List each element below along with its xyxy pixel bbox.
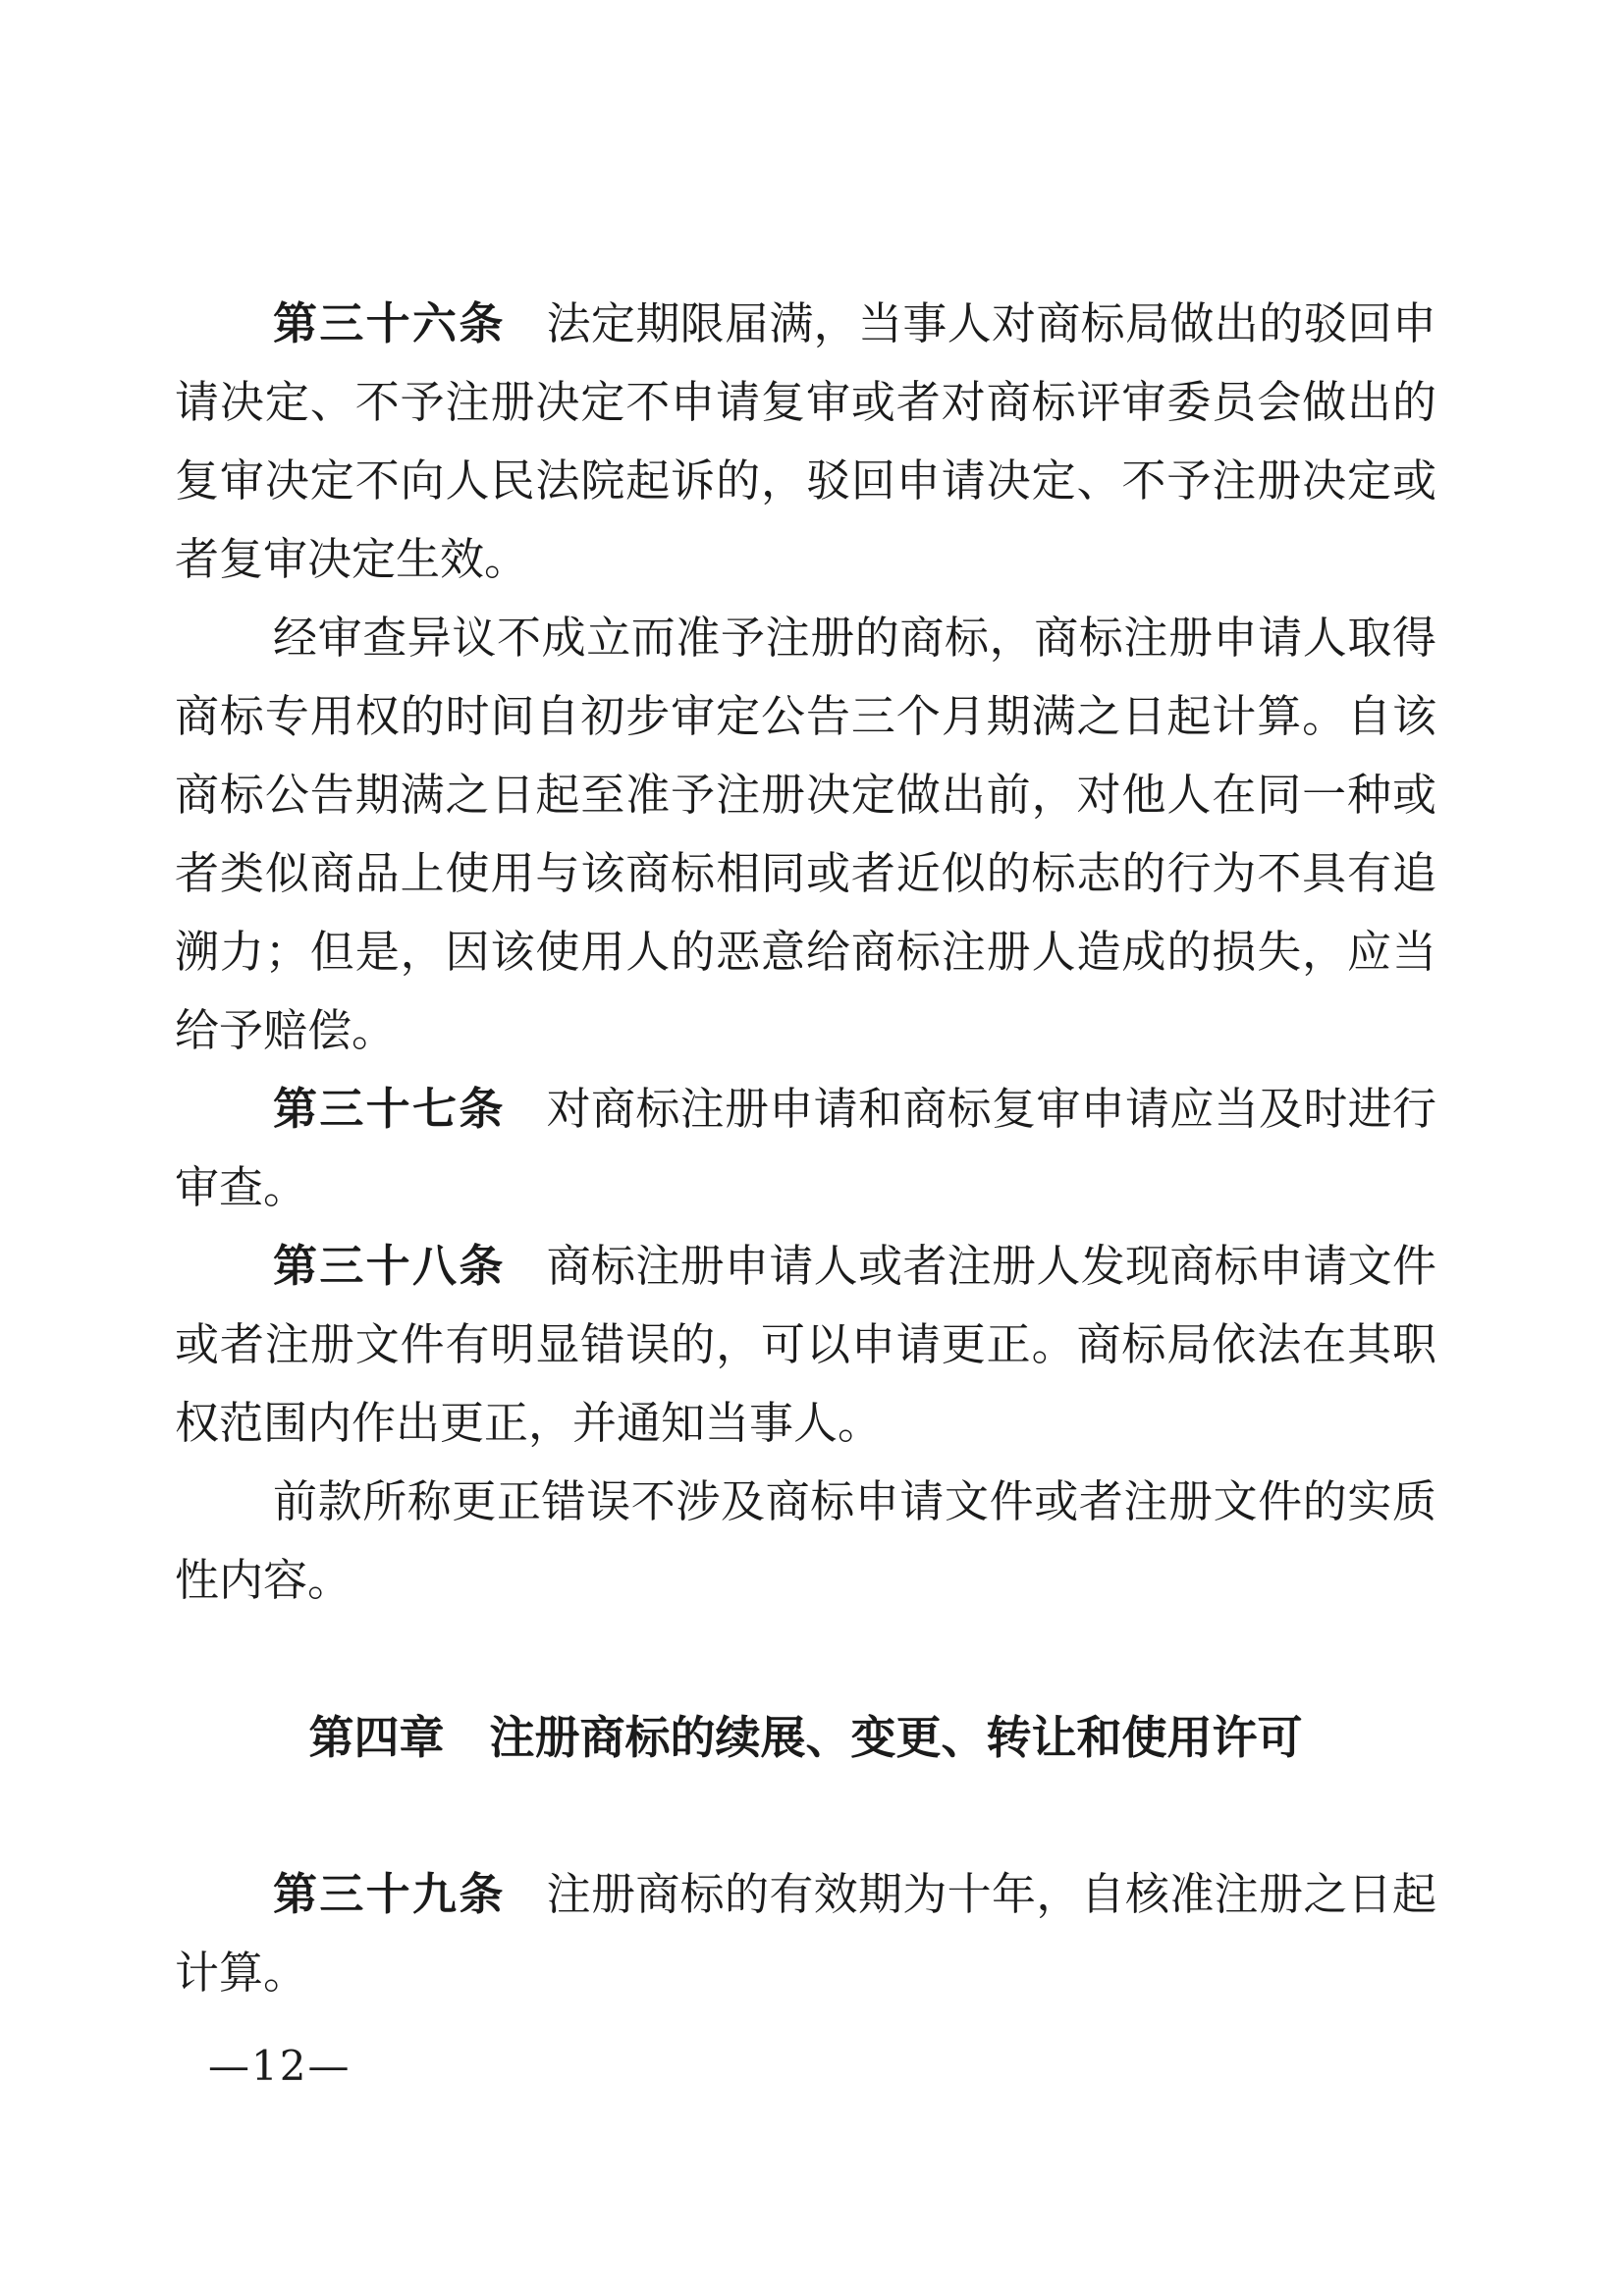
article-38: 第三十八条商标注册申请人或者注册人发现商标申请文件或者注册文件有明显错误的，可以…: [175, 1227, 1436, 1463]
article-37: 第三十七条对商标注册申请和商标复审申请应当及时进行审查。: [175, 1070, 1436, 1227]
document-page: 第三十六条法定期限届满，当事人对商标局做出的驳回申请决定、不予注册决定不申请复审…: [0, 0, 1624, 2296]
document-body: 第三十六条法定期限届满，当事人对商标局做出的驳回申请决定、不予注册决定不申请复审…: [175, 285, 1436, 2012]
article-39: 第三十九条注册商标的有效期为十年，自核准注册之日起计算。: [175, 1855, 1436, 2012]
article-39-number: 第三十九条: [273, 1868, 506, 1920]
article-38-number: 第三十八条: [273, 1240, 506, 1292]
page-number: —12—: [208, 2042, 351, 2091]
article-36: 第三十六条法定期限届满，当事人对商标局做出的驳回申请决定、不予注册决定不申请复审…: [175, 285, 1436, 599]
chapter-4-heading: 第四章 注册商标的续展、变更、转让和使用许可: [175, 1698, 1436, 1777]
article-36-number: 第三十六条: [273, 297, 506, 349]
article-38-paragraph-2: 前款所称更正错误不涉及商标申请文件或者注册文件的实质性内容。: [175, 1463, 1436, 1620]
article-36-paragraph-2-text: 经审查异议不成立而准予注册的商标，商标注册申请人取得商标专用权的时间自初步审定公…: [175, 612, 1436, 1056]
article-36-paragraph-2: 经审查异议不成立而准予注册的商标，商标注册申请人取得商标专用权的时间自初步审定公…: [175, 599, 1436, 1070]
article-38-paragraph-2-text: 前款所称更正错误不涉及商标申请文件或者注册文件的实质性内容。: [175, 1475, 1436, 1606]
article-37-number: 第三十七条: [273, 1083, 506, 1135]
